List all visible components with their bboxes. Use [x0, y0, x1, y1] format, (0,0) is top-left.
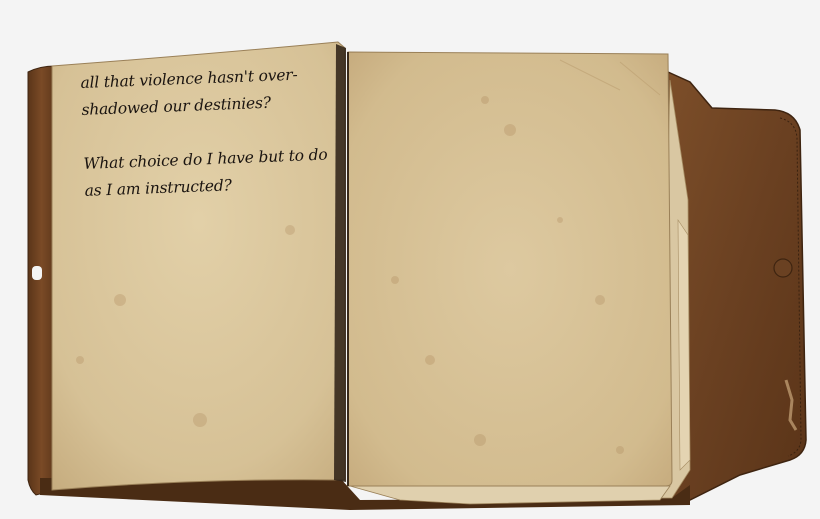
strap-button-icon	[774, 259, 792, 277]
open-book: all that violence hasn't over-shadowed o…	[0, 0, 820, 519]
left-page-text: all that violence hasn't over-shadowed o…	[80, 60, 345, 205]
paragraph: What choice do I have but to do as I am …	[83, 141, 345, 205]
paragraph: all that violence hasn't over-shadowed o…	[80, 60, 342, 124]
cover-notch	[32, 266, 42, 280]
left-cover	[28, 66, 55, 495]
right-page	[348, 52, 672, 486]
